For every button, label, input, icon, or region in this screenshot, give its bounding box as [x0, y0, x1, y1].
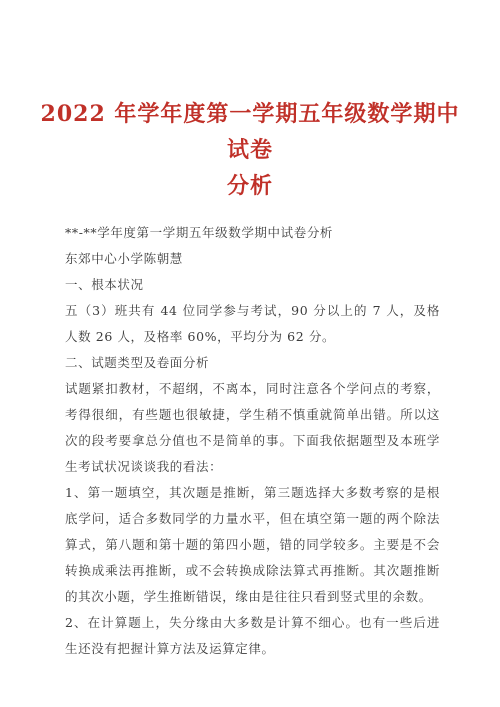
paragraph-basic-situation: 五（3）班共有 44 位同学参与考试，90 分以上的 7 人，及格人数 26 人… [65, 298, 440, 350]
title-line-1: 2022 年学年度第一学期五年级数学期中试卷 [38, 96, 462, 168]
paragraph-exam-overview: 试题紧扣教材，不超纲，不离本，同时注意各个学问点的考察，考得很细，有些题也很敏捷… [65, 376, 440, 480]
paragraph-section2-heading: 二、试题类型及卷面分析 [65, 350, 440, 376]
paragraph-analysis-item-1: 1、第一题填空，其次题是推断，第三题选择大多数考察的是根底学问，适合多数同学的力… [65, 480, 440, 610]
paragraph-subtitle: **-**学年度第一学期五年级数学期中试卷分析 [65, 220, 440, 246]
paragraph-analysis-item-2: 2、在计算题上，失分缘由大多数是计算不细心。也有一些后进生还没有把握计算方法及运… [65, 610, 440, 662]
title-line-2: 分析 [38, 168, 462, 204]
paragraph-section1-heading: 一、根本状况 [65, 272, 440, 298]
document-title: 2022 年学年度第一学期五年级数学期中试卷 分析 [38, 96, 462, 204]
paragraph-school-author: 东郊中心小学陈朝慧 [65, 246, 440, 272]
document-page: 2022 年学年度第一学期五年级数学期中试卷 分析 **-**学年度第一学期五年… [0, 0, 500, 707]
document-body: **-**学年度第一学期五年级数学期中试卷分析 东郊中心小学陈朝慧 一、根本状况… [65, 220, 440, 662]
